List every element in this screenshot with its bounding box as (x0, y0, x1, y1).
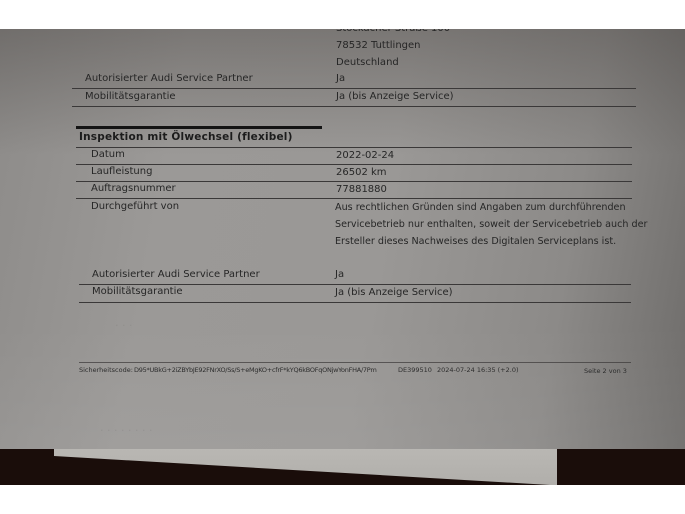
row-value-authorized-partner: Ja (335, 269, 344, 281)
row-value-date: 2022-02-24 (336, 150, 394, 162)
row-value-mobility-guarantee: Ja (bis Anzeige Service) (335, 287, 453, 299)
section-heading-rule (76, 126, 322, 129)
table-divider (76, 181, 632, 182)
table-divider (79, 302, 631, 303)
row-value-mobility-guarantee-prev: Ja (bis Anzeige Service) (336, 91, 454, 103)
row-value-performed-by-line-2: Servicebetrieb nur enthalten, soweit der… (335, 219, 647, 231)
table-divider (79, 284, 631, 285)
address-city: 78532 Tuttlingen (336, 40, 421, 52)
row-label-order-number: Auftragsnummer (91, 183, 176, 195)
footer-timestamp: 2024-07-24 16:35 (+2.0) (437, 366, 519, 374)
table-divider (76, 164, 632, 165)
footer-security-code: D95*UBkG+2iZBYbJE92FNrXO/Ss/S+eMgKO+cfrF… (134, 366, 377, 374)
table-divider (76, 147, 632, 148)
table-divider (76, 198, 632, 199)
row-label-authorized-partner-prev: Autorisierter Audi Service Partner (85, 73, 253, 85)
document-page: Stockacher Straße 100 78532 Tuttlingen D… (0, 29, 685, 449)
footer-rule (79, 362, 631, 363)
document-photo: Stockacher Straße 100 78532 Tuttlingen D… (0, 29, 685, 485)
row-label-performed-by: Durchgeführt von (91, 201, 179, 213)
table-divider (72, 106, 636, 107)
row-label-mobility-guarantee-prev: Mobilitätsgarantie (85, 91, 176, 103)
address-country: Deutschland (336, 57, 399, 69)
row-label-mileage: Laufleistung (91, 166, 152, 178)
footer-page-number: Seite 2 von 3 (584, 367, 627, 375)
row-label-date: Datum (91, 149, 125, 161)
row-value-mileage: 26502 km (336, 167, 387, 179)
row-value-performed-by-line-3: Ersteller dieses Nachweises des Digitale… (335, 236, 616, 248)
section-title-inspection: Inspektion mit Ölwechsel (flexibel) (79, 131, 293, 143)
show-through-text: · · · · · · · · (100, 424, 152, 437)
table-divider (72, 88, 636, 89)
row-value-performed-by-line-1: Aus rechtlichen Gründen sind Angaben zum… (335, 202, 626, 214)
row-label-authorized-partner: Autorisierter Audi Service Partner (92, 269, 260, 281)
row-value-authorized-partner-prev: Ja (336, 73, 345, 85)
show-through-text: · · · (115, 319, 132, 332)
address-street: Stockacher Straße 100 (336, 29, 450, 35)
row-label-mobility-guarantee: Mobilitätsgarantie (92, 286, 183, 298)
footer-document-id: DE399510 (398, 366, 432, 374)
row-value-order-number: 77881880 (336, 184, 387, 196)
footer-security-label: Sicherheitscode: (79, 366, 133, 374)
underlying-paper-sheet (54, 449, 557, 485)
